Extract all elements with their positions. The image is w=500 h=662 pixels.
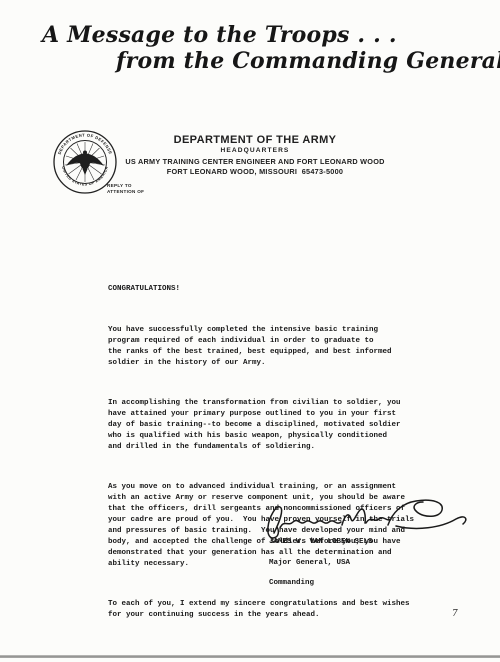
letterhead-department: DEPARTMENT OF THE ARMY: [120, 134, 390, 146]
page-number: 7: [452, 609, 458, 619]
paragraph-2: In accomplishing the transformation from…: [108, 398, 438, 453]
paragraph-4: To each of you, I extend my sincere cong…: [108, 599, 438, 621]
title-line-1: A Message to the Troops . . .: [42, 22, 500, 48]
paragraph-1: You have successfully completed the inte…: [108, 325, 438, 369]
salutation: CONGRATULATIONS!: [108, 284, 438, 295]
letter-page: A Message to the Troops . . . from the C…: [0, 0, 500, 662]
signer-title: Commanding: [269, 578, 373, 588]
signature-block: JAMES W. VAN LOBEN SELS Major General, U…: [269, 527, 373, 598]
page-bottom-edge: [0, 655, 500, 658]
letterhead-address: FORT LEONARD WOOD, MISSOURI 65473-5000: [120, 167, 390, 176]
eagle-glyph: [66, 151, 104, 176]
letterhead: DEPARTMENT OF THE ARMY HEADQUARTERS US A…: [120, 134, 390, 176]
signer-rank: Major General, USA: [269, 558, 373, 568]
letterhead-unit: US ARMY TRAINING CENTER ENGINEER AND FOR…: [120, 157, 390, 166]
letterhead-headquarters: HEADQUARTERS: [120, 147, 390, 154]
signer-name: JAMES W. VAN LOBEN SELS: [269, 537, 373, 547]
title-line-2: from the Commanding General: [116, 48, 500, 74]
reply-to-attention-of-label: REPLY TO ATTENTION OF: [107, 183, 144, 194]
page-title: A Message to the Troops . . . from the C…: [42, 22, 500, 74]
